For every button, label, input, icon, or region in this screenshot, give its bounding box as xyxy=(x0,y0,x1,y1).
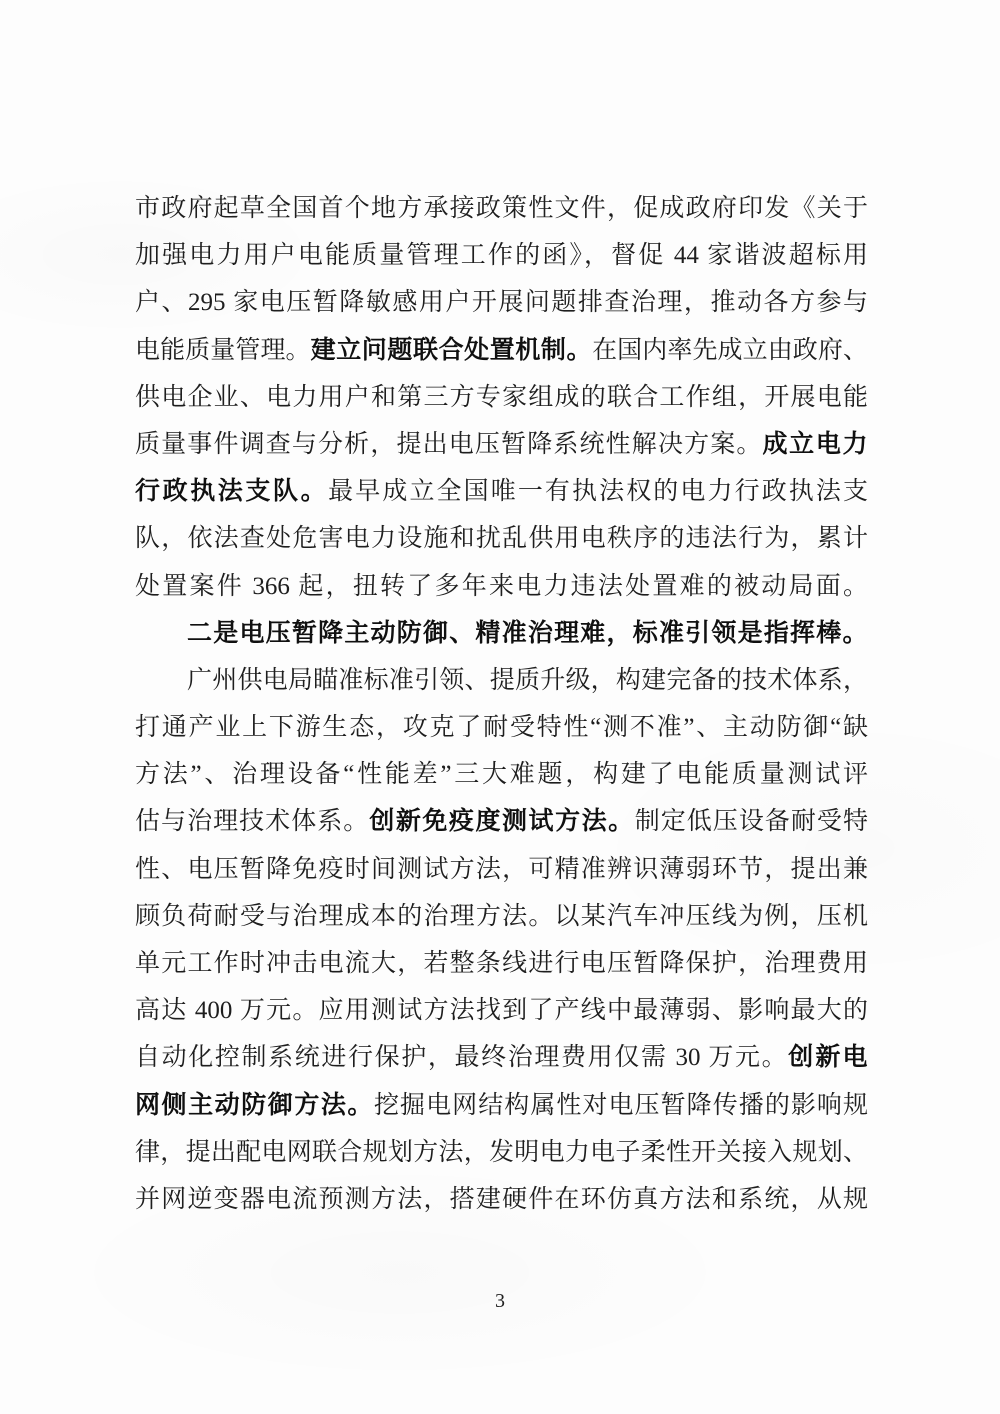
text-segment: 队，依法查处危害电力设施和扰乱供用电秩序的违法行为，累计 xyxy=(135,525,868,552)
bold-text-segment: 创新免疫度测试方法。 xyxy=(369,807,634,835)
text-line: 律，提出配电网联合规划方法，发明电力电子柔性开关接入规划、 xyxy=(135,1129,868,1176)
text-segment: 挖掘电网结构属性对电压暂降传播的影响规 xyxy=(374,1092,868,1119)
text-segment: 供电企业、电力用户和第三方专家组成的联合工作组，开展电能 xyxy=(135,384,868,411)
text-line: 自动化控制系统进行保护，最终治理费用仅需 30 万元。创新电 xyxy=(135,1034,868,1081)
text-segment: 电能质量管理。 xyxy=(135,337,311,364)
text-line: 电能质量管理。建立问题联合处置机制。在国内率先成立由政府、 xyxy=(135,327,868,374)
text-line: 质量事件调查与分析，提出电压暂降系统性解决方案。成立电力 xyxy=(135,421,868,468)
text-segment: 高达 400 万元。应用测试方法找到了产线中最薄弱、影响最大的 xyxy=(135,997,868,1024)
text-line: 市政府起草全国首个地方承接政策性文件，促成政府印发《关于 xyxy=(135,185,868,232)
text-line: 队，依法查处危害电力设施和扰乱供用电秩序的违法行为，累计 xyxy=(135,515,868,562)
text-segment: 单元工作时冲击电流大，若整条线进行电压暂降保护，治理费用 xyxy=(135,950,868,977)
text-line: 网侧主动防御方法。挖掘电网结构属性对电压暂降传播的影响规 xyxy=(135,1082,868,1129)
text-line: 供电企业、电力用户和第三方专家组成的联合工作组，开展电能 xyxy=(135,374,868,421)
document-body-text: 市政府起草全国首个地方承接政策性文件，促成政府印发《关于加强电力用户电能质量管理… xyxy=(135,185,868,1223)
text-segment: 估与治理技术体系。 xyxy=(135,808,369,835)
text-segment: 处置案件 366 起，扭转了多年来电力违法处置难的被动局面。 xyxy=(135,573,868,600)
page-number: 3 xyxy=(0,1290,1000,1313)
text-line: 顾负荷耐受与治理成本的治理方法。以某汽车冲压线为例，压机 xyxy=(135,893,868,940)
text-segment: 质量事件调查与分析，提出电压暂降系统性解决方案。 xyxy=(135,431,763,458)
text-line: 行政执法支队。最早成立全国唯一有执法权的电力行政执法支 xyxy=(135,468,868,515)
text-line: 性、电压暂降免疫时间测试方法，可精准辨识薄弱环节，提出兼 xyxy=(135,846,868,893)
bold-text-segment: 创新电 xyxy=(788,1043,868,1071)
text-line: 方法”、治理设备“性能差”三大难题，构建了电能质量测试评 xyxy=(135,751,868,798)
text-segment: 方法”、治理设备“性能差”三大难题，构建了电能质量测试评 xyxy=(135,761,868,788)
text-segment: 最早成立全国唯一有执法权的电力行政执法支 xyxy=(328,478,868,505)
text-line: 广州供电局瞄准标准引领、提质升级，构建完备的技术体系， xyxy=(135,657,868,704)
text-segment: 并网逆变器电流预测方法，搭建硬件在环仿真方法和系统，从规 xyxy=(135,1186,868,1213)
text-line: 单元工作时冲击电流大，若整条线进行电压暂降保护，治理费用 xyxy=(135,940,868,987)
text-line: 打通产业上下游生态，攻克了耐受特性“测不准”、主动防御“缺 xyxy=(135,704,868,751)
bold-text-segment: 二是电压暂降主动防御、精准治理难，标准引领是指挥棒。 xyxy=(187,619,868,647)
text-segment: 户、295 家电压暂降敏感用户开展问题排查治理，推动各方参与 xyxy=(135,289,868,316)
text-line: 估与治理技术体系。创新免疫度测试方法。制定低压设备耐受特 xyxy=(135,798,868,845)
text-segment: 在国内率先成立由政府、 xyxy=(592,337,868,364)
text-line: 二是电压暂降主动防御、精准治理难，标准引领是指挥棒。 xyxy=(135,610,868,657)
text-segment: 加强电力用户电能质量管理工作的函》，督促 44 家谐波超标用 xyxy=(135,242,868,269)
text-line: 户、295 家电压暂降敏感用户开展问题排查治理，推动各方参与 xyxy=(135,279,868,326)
text-line: 并网逆变器电流预测方法，搭建硬件在环仿真方法和系统，从规 xyxy=(135,1176,868,1223)
text-segment: 性、电压暂降免疫时间测试方法，可精准辨识薄弱环节，提出兼 xyxy=(135,856,868,883)
text-line: 处置案件 366 起，扭转了多年来电力违法处置难的被动局面。 xyxy=(135,563,868,610)
text-segment: 自动化控制系统进行保护，最终治理费用仅需 30 万元。 xyxy=(135,1044,788,1071)
text-line: 加强电力用户电能质量管理工作的函》，督促 44 家谐波超标用 xyxy=(135,232,868,279)
text-segment: 市政府起草全国首个地方承接政策性文件，促成政府印发《关于 xyxy=(135,195,868,222)
text-segment: 广州供电局瞄准标准引领、提质升级，构建完备的技术体系， xyxy=(187,667,868,694)
bold-text-segment: 成立电力 xyxy=(763,430,868,458)
text-line: 高达 400 万元。应用测试方法找到了产线中最薄弱、影响最大的 xyxy=(135,987,868,1034)
bold-text-segment: 建立问题联合处置机制。 xyxy=(311,336,592,364)
text-segment: 打通产业上下游生态，攻克了耐受特性“测不准”、主动防御“缺 xyxy=(135,714,868,741)
text-segment: 顾负荷耐受与治理成本的治理方法。以某汽车冲压线为例，压机 xyxy=(135,903,868,930)
scanned-document-page: 市政府起草全国首个地方承接政策性文件，促成政府印发《关于加强电力用户电能质量管理… xyxy=(0,0,1000,1414)
bold-text-segment: 行政执法支队。 xyxy=(135,477,328,505)
text-segment: 制定低压设备耐受特 xyxy=(635,808,868,835)
bold-text-segment: 网侧主动防御方法。 xyxy=(135,1091,374,1119)
text-segment: 律，提出配电网联合规划方法，发明电力电子柔性开关接入规划、 xyxy=(135,1139,868,1166)
